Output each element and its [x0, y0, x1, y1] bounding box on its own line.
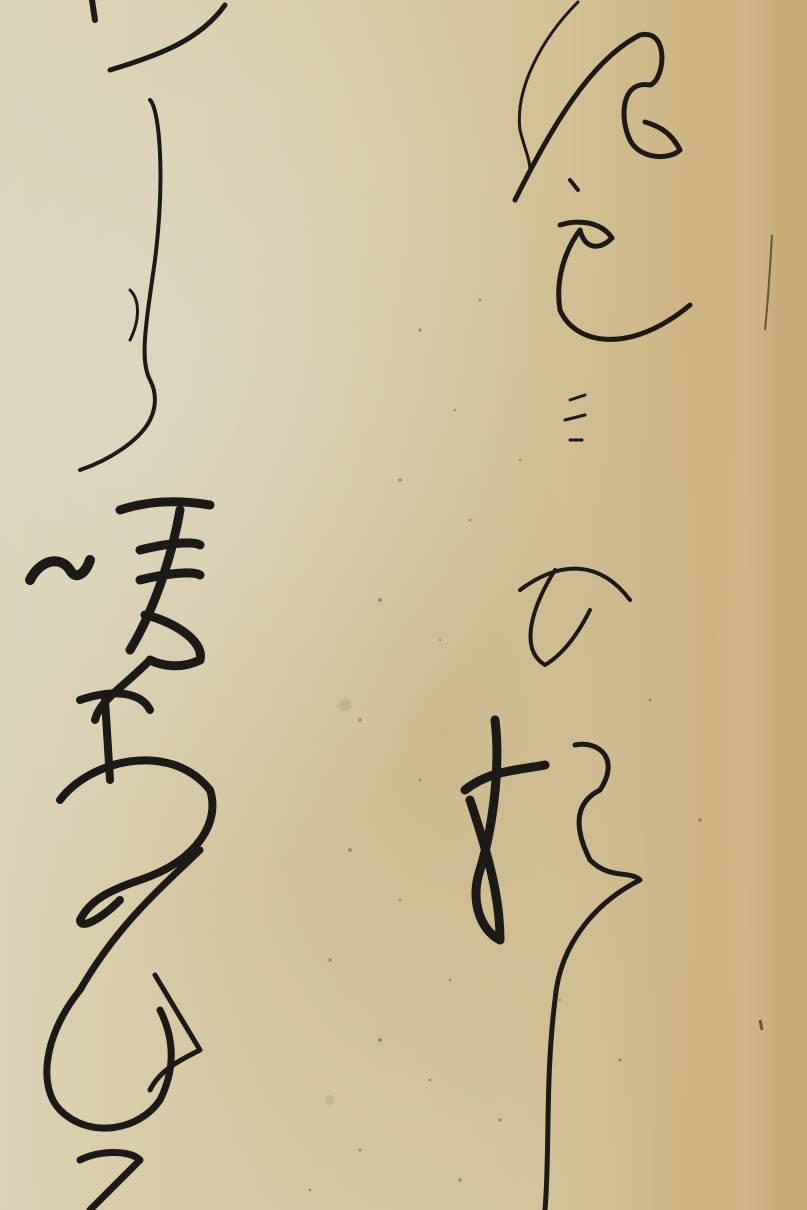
edge-crease [760, 235, 772, 1030]
calligraphy-photo [0, 0, 807, 1210]
left-column-characters [30, 0, 225, 1210]
right-column-characters [465, 2, 690, 1210]
paper-specks [309, 299, 702, 1192]
ink-strokes [0, 0, 807, 1210]
